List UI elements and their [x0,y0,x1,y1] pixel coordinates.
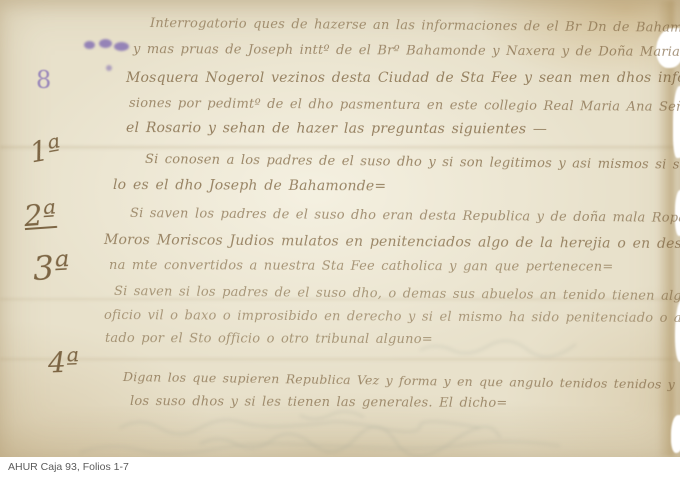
caption-bar: AHUR Caja 93, Folios 1-7 [0,457,680,480]
manuscript-scan-page: 8 1ª 2ª 3ª 4ª Interrogatorio ques de haz… [0,0,680,480]
archive-reference-caption: AHUR Caja 93, Folios 1-7 [8,461,129,473]
parchment-scan: 8 1ª 2ª 3ª 4ª Interrogatorio ques de haz… [0,0,680,457]
show-through-ink [0,0,680,457]
